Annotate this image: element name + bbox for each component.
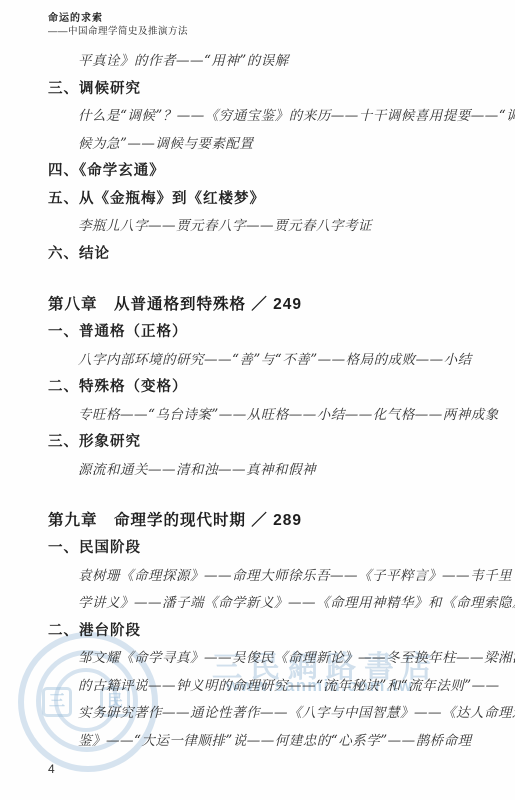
toc-item: 一、民国阶段 [0,535,515,563]
toc-item: 三、形象研究 [0,429,515,457]
toc-item: 六、结论 [0,241,515,269]
toc-detail: 的古籍评说——钟义明的命理研究——“流年秘诀”和“流年法则”—— [0,673,515,701]
toc-detail: 实务研究著作——通论性著作——《八字与中国智慧》——《达人命理通 [0,700,515,728]
toc-detail: 学讲义》——潘子端《命学新义》——《命理用神精华》和《命理索隐》 [0,590,515,618]
toc-item: 三、调候研究 [0,76,515,104]
toc-detail: 鉴》——“大运一律顺排”说——何建忠的“心系学”——鹊桥命理 [0,728,515,756]
toc-item: 四、《命学玄通》 [0,158,515,186]
toc-item: 二、特殊格（变格） [0,374,515,402]
toc-item: 一、普通格（正格） [0,319,515,347]
toc-detail: 专旺格——“乌台诗案”——从旺格——小结——化气格——两神成象 [0,402,515,430]
toc-detail: 什么是“调候”？——《穷通宝鉴》的来历——十干调候喜用提要——“调 [0,103,515,131]
toc-detail: 源流和通关——清和浊——真神和假神 [0,457,515,485]
toc-detail: 八字内部环境的研究——“善”与“不善”——格局的成败——小结 [0,347,515,375]
book-title: 命运的求索 [48,12,188,26]
toc-chapter-heading: 第九章 命理学的现代时期 ／ 289 [0,506,515,535]
toc-chapter-heading: 第八章 从普通格到特殊格 ／ 249 [0,290,515,319]
page-number: 4 [48,762,55,776]
toc-detail: 候为急”——调候与要素配置 [0,131,515,159]
toc-detail: 邹文耀《命学寻真》——吴俊民《命理新论》——冬至换年柱——梁湘润 [0,645,515,673]
book-page: 三 民 三民網路書店 www.sanmin.com.tw 命运的求索 ——中国命… [0,0,515,800]
toc-detail: 袁树珊《命理探源》——命理大师徐乐吾——《子平粹言》——韦千里《命 [0,563,515,591]
book-subtitle: ——中国命理学简史及推演方法 [48,26,188,39]
toc-detail: 平真诠》的作者——“用神”的误解 [0,48,515,76]
table-of-contents: 平真诠》的作者——“用神”的误解 三、调候研究 什么是“调候”？——《穷通宝鉴》… [0,48,515,755]
running-head: 命运的求索 ——中国命理学简史及推演方法 [48,12,188,38]
toc-item: 二、港台阶段 [0,618,515,646]
toc-item: 五、从《金瓶梅》到《红楼梦》 [0,186,515,214]
toc-detail: 李瓶儿八字——贾元春八字——贾元春八字考证 [0,213,515,241]
